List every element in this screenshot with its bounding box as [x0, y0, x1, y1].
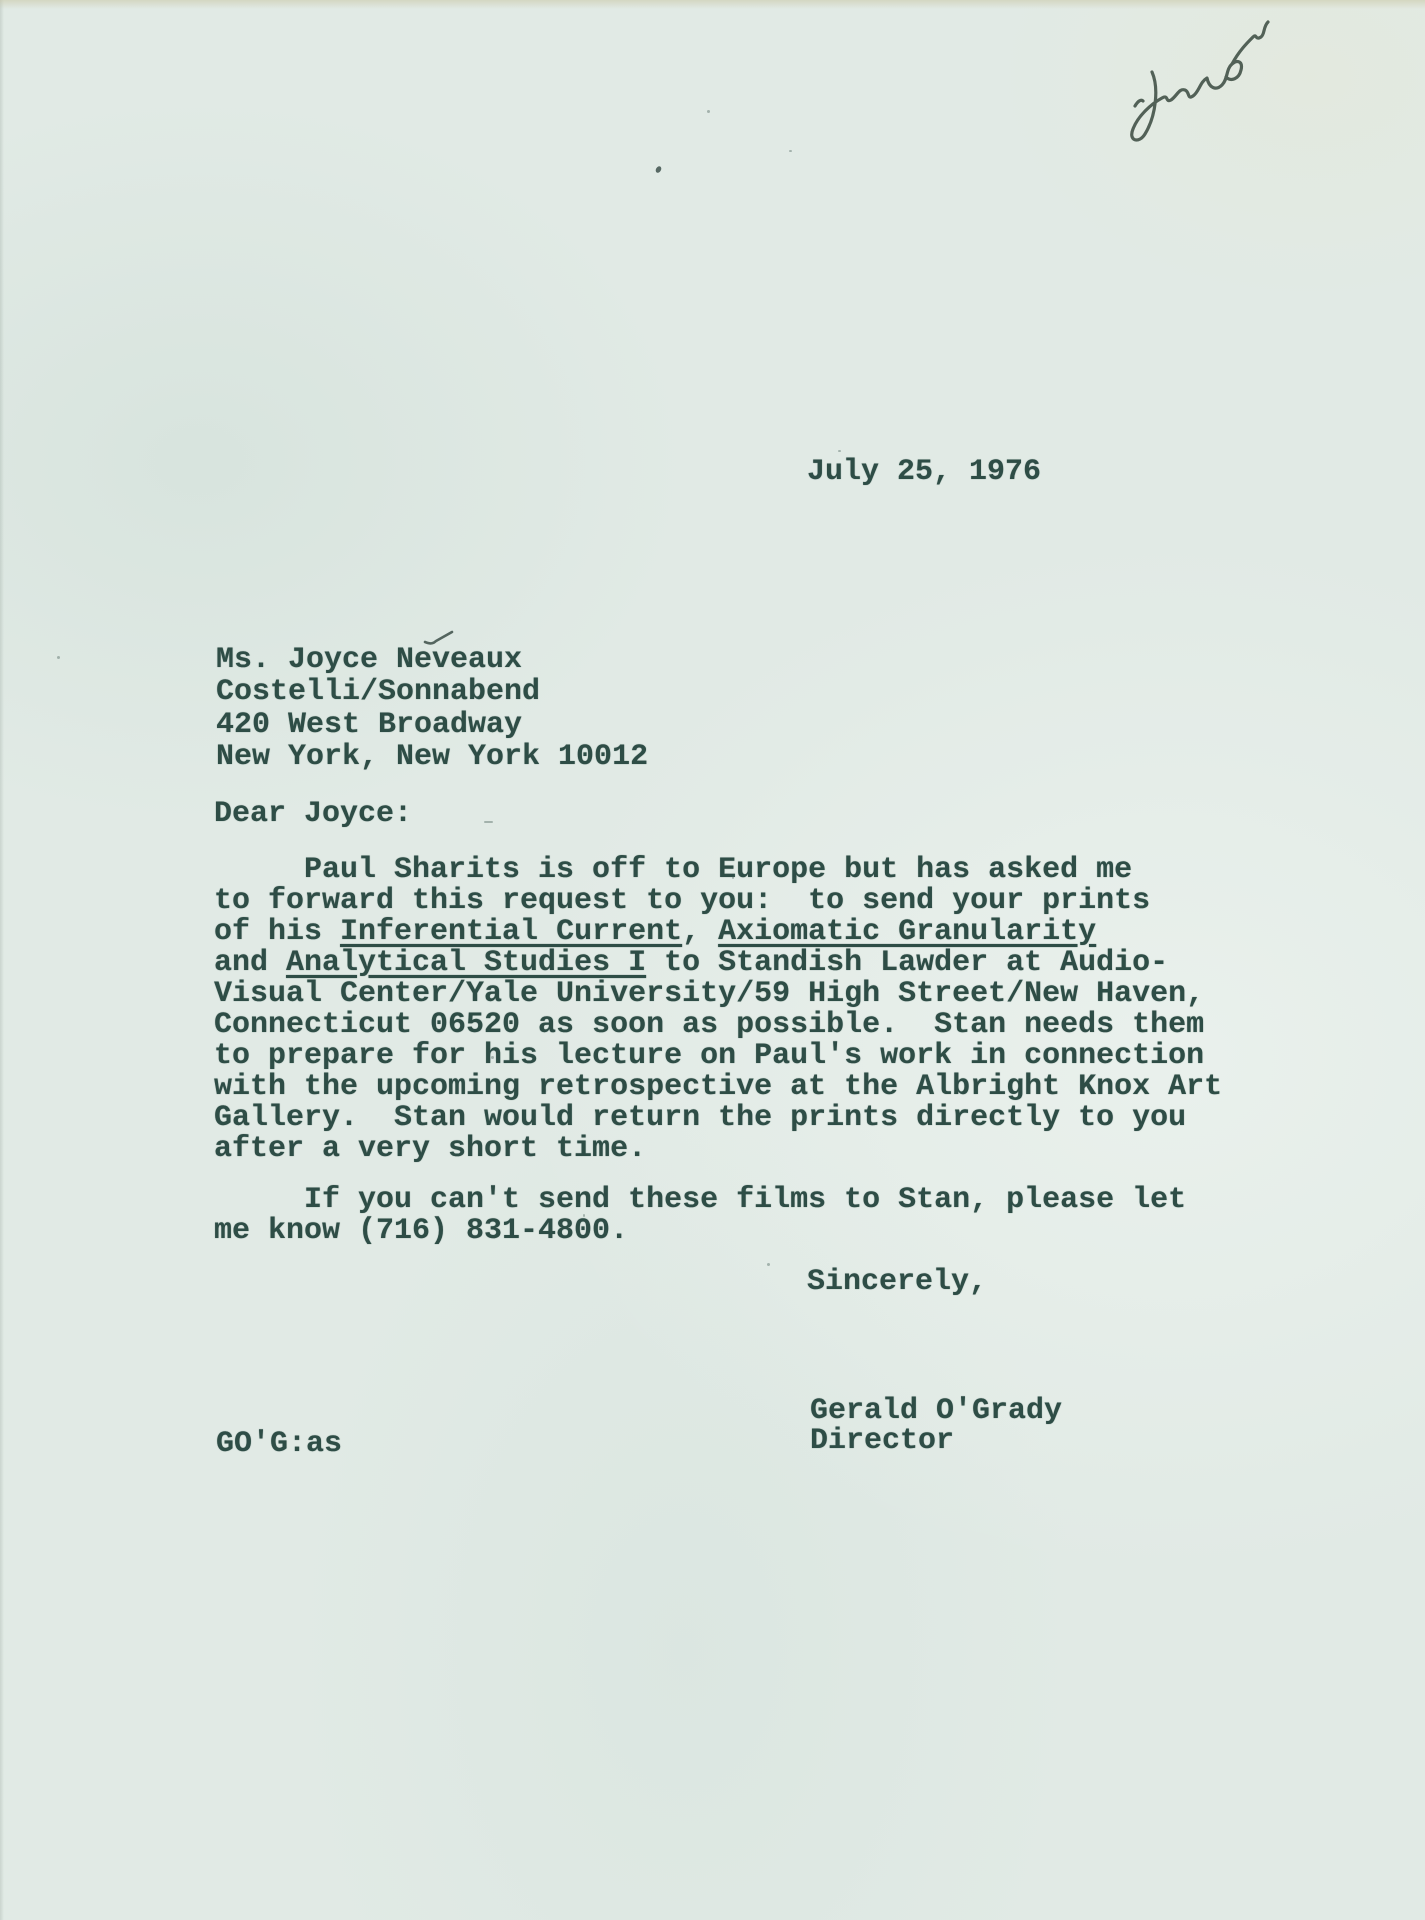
text-line: Gallery. Stan would return the prints di…: [214, 1103, 1222, 1134]
text-line: me know (716) 831-4800.: [214, 1216, 1186, 1247]
text-segment: Visual Center/Yale University/59 High St…: [214, 977, 1204, 1011]
paper-speck: [707, 110, 710, 113]
paper-speck: [732, 876, 734, 879]
text-line: Connecticut 06520 as soon as possible. S…: [214, 1010, 1222, 1041]
signature-title: Director: [810, 1424, 954, 1458]
underlined-film-title: Inferential Current: [340, 915, 682, 949]
signature-name: Gerald O'Grady: [810, 1394, 1062, 1428]
text-segment: Connecticut 06520 as soon as possible. S…: [214, 1008, 1204, 1042]
body-paragraph-2: If you can't send these films to Stan, p…: [214, 1185, 1186, 1247]
paper-speck: [789, 150, 792, 152]
text-segment: Gallery. Stan would return the prints di…: [214, 1101, 1186, 1135]
handwritten-checkmark-icon: [422, 629, 456, 647]
text-line: 420 West Broadway: [216, 709, 648, 741]
text-segment: of his: [214, 915, 340, 949]
text-line: Ms. Joyce Neveaux: [216, 644, 648, 676]
text-line: of his Inferential Current, Axiomatic Gr…: [214, 917, 1222, 948]
text-segment: to Standish Lawder at Audio-: [646, 946, 1168, 980]
text-line: Visual Center/Yale University/59 High St…: [214, 979, 1222, 1010]
recipient-address: Ms. Joyce NeveauxCostelli/Sonnabend420 W…: [216, 644, 648, 773]
paper-speck: [767, 1263, 770, 1266]
text-line: Costelli/Sonnabend: [216, 676, 648, 708]
paper-speck: [484, 821, 493, 823]
paper-speck: [583, 1214, 585, 1217]
text-segment: me know (716) 831-4800.: [214, 1214, 628, 1248]
paper-speck: [838, 450, 841, 452]
paper-speck: [57, 656, 60, 659]
text-line: and Analytical Studies I to Standish Law…: [214, 948, 1222, 979]
paper-speck: [491, 1056, 494, 1059]
text-segment: to forward this request to you: to send …: [214, 884, 1150, 918]
text-line: to prepare for his lecture on Paul's wor…: [214, 1041, 1222, 1072]
text-line: with the upcoming retrospective at the A…: [214, 1072, 1222, 1103]
text-segment: with the upcoming retrospective at the A…: [214, 1070, 1222, 1104]
text-line: If you can't send these films to Stan, p…: [214, 1185, 1186, 1216]
salutation: Dear Joyce:: [214, 797, 412, 831]
text-line: Paul Sharits is off to Europe but has as…: [214, 855, 1222, 886]
paper-speck: [655, 165, 663, 174]
text-segment: and: [214, 946, 286, 980]
underlined-film-title: Analytical Studies I: [286, 946, 646, 980]
handwriting-annotation-icon: [1095, 0, 1273, 150]
text-segment: after a very short time.: [214, 1132, 646, 1166]
body-paragraph-1: Paul Sharits is off to Europe but has as…: [214, 855, 1222, 1165]
closing: Sincerely,: [807, 1265, 987, 1299]
text-segment: If you can't send these films to Stan, p…: [214, 1183, 1186, 1217]
text-segment: to prepare for his lecture on Paul's wor…: [214, 1039, 1204, 1073]
text-line: to forward this request to you: to send …: [214, 886, 1222, 917]
underlined-film-title: Axiomatic Granularity: [718, 915, 1096, 949]
text-line: after a very short time.: [214, 1134, 1222, 1165]
scanned-letter-page: { "colors": { "paper": "#e1eae5", "ink":…: [0, 0, 1425, 1920]
text-segment: ,: [682, 915, 718, 949]
date-line: July 25, 1976: [807, 455, 1041, 489]
typist-initials: GO'G:as: [216, 1427, 342, 1461]
text-line: New York, New York 10012: [216, 741, 648, 773]
text-segment: Paul Sharits is off to Europe but has as…: [214, 853, 1132, 887]
